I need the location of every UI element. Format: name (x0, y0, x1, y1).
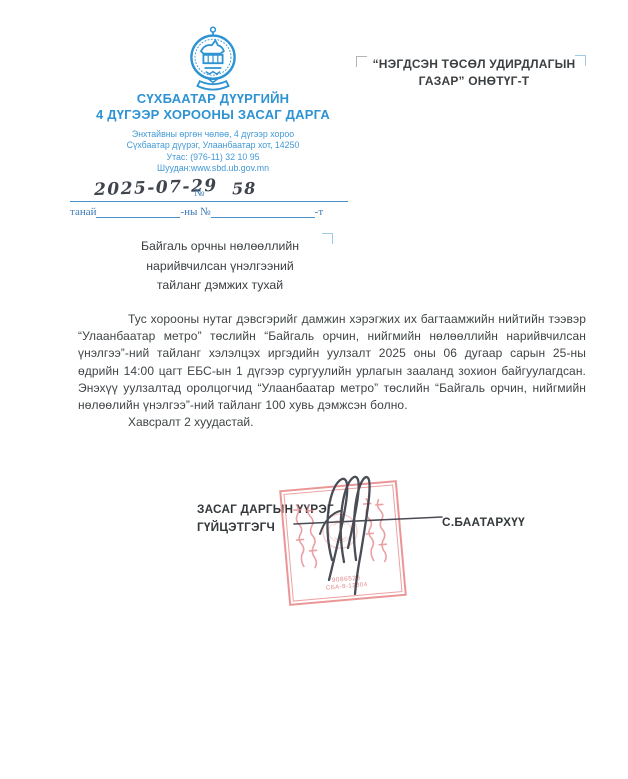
subject-line1: Байгаль орчны нөлөөллийн (95, 237, 345, 257)
date-number-row: 2025-07-29 № 58 (70, 180, 348, 202)
letter-page: СҮХБААТАР ДҮҮРГИЙН 4 ДҮГЭЭР ХОРООНЫ ЗАСА… (0, 0, 628, 779)
reply-mid: -ны № (180, 206, 210, 218)
reply-prefix: танай (70, 206, 96, 218)
address-line: Шуудан:www.sbd.ub.gov.mn (60, 163, 366, 174)
org-address: Энхтайвны өргөн чөлөө, 4 дүгээр хороо Сү… (60, 129, 366, 174)
reply-suffix: -т (315, 206, 323, 218)
subject-line2: нарийвчилсан үнэлгээний (95, 257, 345, 277)
template-corner-icon (356, 56, 367, 67)
signatory-name: С.БААТАРХҮҮ (442, 515, 525, 529)
blank-line (211, 205, 315, 218)
handwritten-signature-icon (280, 464, 450, 606)
subject-block: Байгаль орчны нөлөөллийн нарийвчилсан үн… (95, 237, 345, 296)
blank-line (96, 205, 180, 218)
addressee-line1: “НЭГДСЭН ТӨСӨЛ УДИРДЛАГЫН (368, 56, 580, 73)
org-title: СҮХБААТАР ДҮҮРГИЙН 4 ДҮГЭЭР ХОРООНЫ ЗАСА… (60, 91, 366, 123)
org-title-line1: СҮХБААТАР ДҮҮРГИЙН (60, 91, 366, 107)
addressee-line2: ГАЗАР” ОНӨТҮГ-Т (368, 73, 580, 90)
address-line: Сүхбаатар дүүрэг, Улаанбаатар хот, 14250 (60, 140, 366, 151)
subject-line3: тайланг дэмжих тухай (95, 276, 345, 296)
attachment-note: Хавсралт 2 хуудастай. (128, 415, 253, 429)
handwritten-number: 58 (232, 179, 257, 199)
addressee-block: “НЭГДСЭН ТӨСӨЛ УДИРДЛАГЫН ГАЗАР” ОНӨТҮГ-… (368, 56, 580, 90)
district-emblem-icon (183, 23, 243, 95)
reply-reference-row: танай -ны № -т (70, 203, 348, 218)
number-sign: № (194, 187, 205, 199)
body-paragraph: Тус хорооны нутаг дэвсгэрийг дамжин хэрэ… (78, 311, 586, 414)
org-title-line2: 4 ДҮГЭЭР ХОРООНЫ ЗАСАГ ДАРГА (60, 107, 366, 123)
address-line: Утас: (976-11) 32 10 95 (60, 152, 366, 163)
address-line: Энхтайвны өргөн чөлөө, 4 дүгээр хороо (60, 129, 366, 140)
